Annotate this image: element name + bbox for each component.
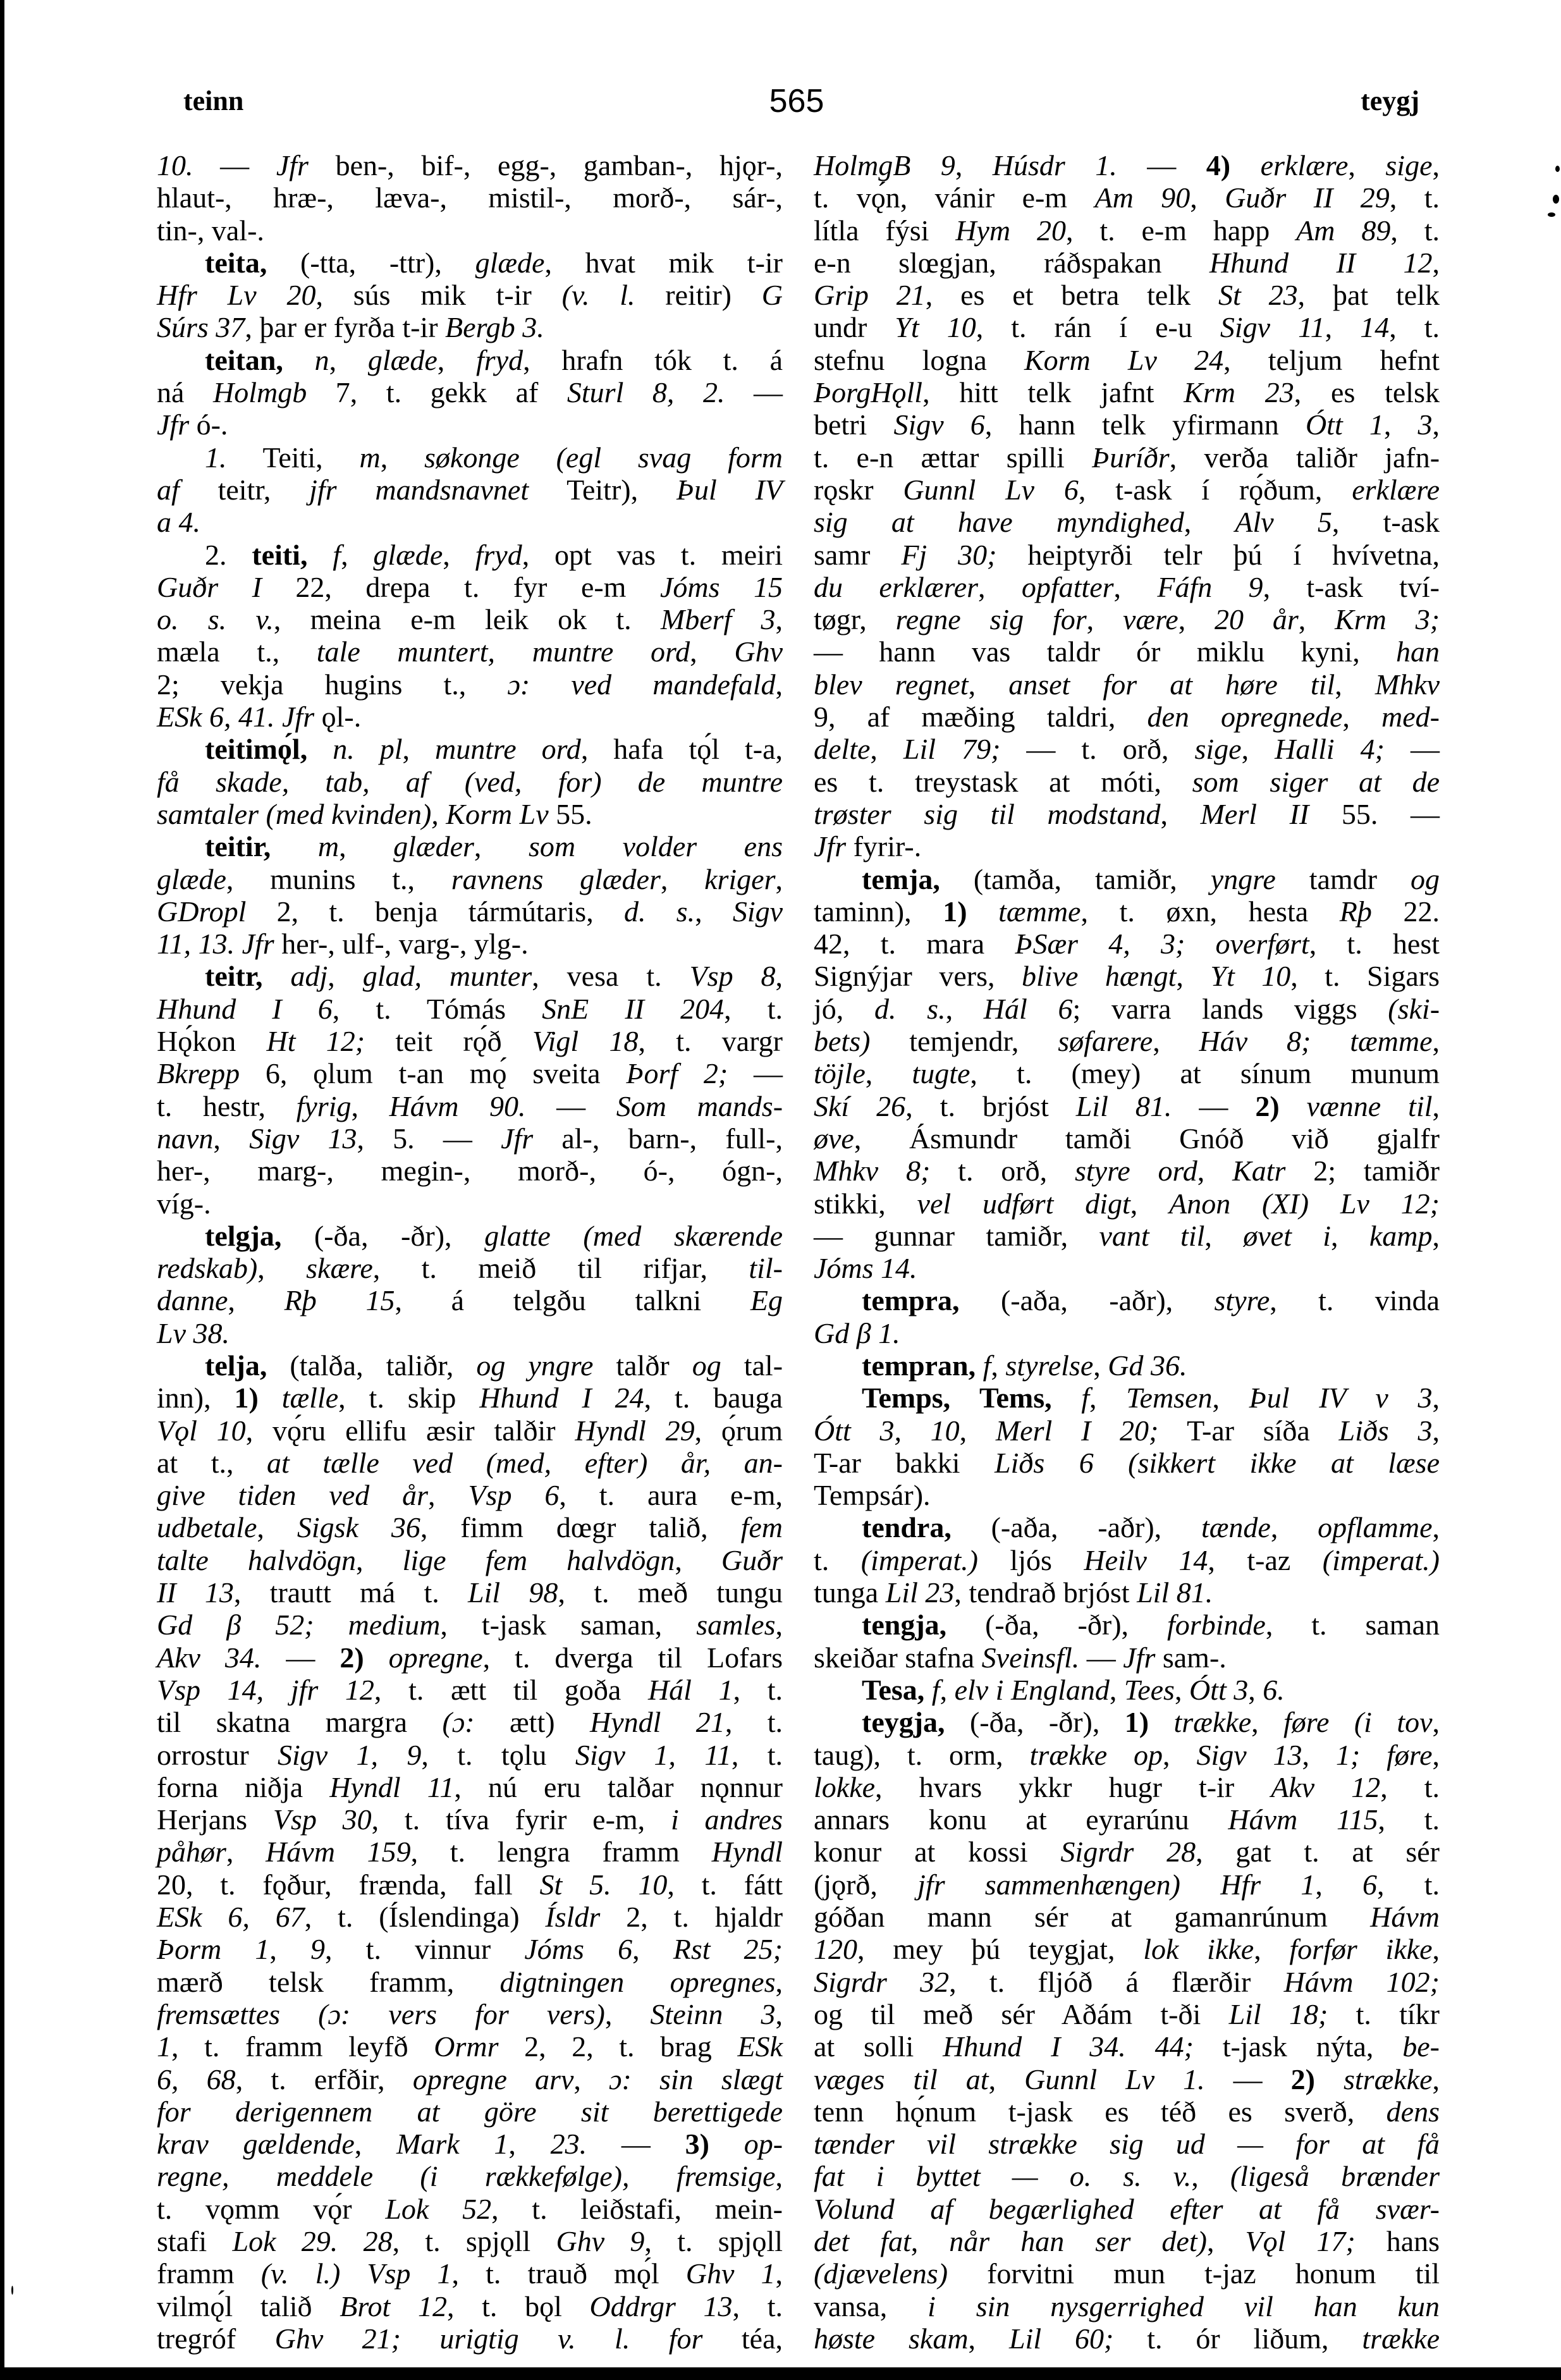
italic-gloss: be-	[1402, 2030, 1440, 2063]
italic-gloss: når han ser det)	[949, 2225, 1207, 2257]
text-run: , t. bauga	[644, 1382, 783, 1414]
text-run: ,	[1433, 1414, 1440, 1447]
text-run: , t. dverga til Lofars	[483, 1641, 783, 1674]
text-run: , t. rán í e-u	[976, 311, 1220, 343]
dictionary-line: teita, (-tta, -ttr), glæde, hvat mik t-i…	[157, 247, 783, 279]
dictionary-line: temja, (tamða, tamiðr, yngre tamdr og	[814, 863, 1440, 895]
italic-gloss: få skade, tab, af (ved, for) de muntre	[157, 766, 783, 798]
text-run: t. e-n ættar spilli	[814, 441, 1092, 474]
text-run: ,	[969, 668, 1009, 701]
italic-gloss: kriger	[704, 863, 775, 895]
italic-gloss: töjle	[814, 1057, 866, 1089]
italic-gloss: Vsp 6	[468, 1479, 559, 1511]
dictionary-line: taminn), 1) tæmme, t. øxn, hesta Rþ 22.	[814, 895, 1440, 928]
italic-gloss: Vigl 18	[532, 1025, 639, 1057]
italic-gloss: erklære	[1352, 474, 1440, 506]
text-run: ,	[632, 1933, 673, 1965]
headword: 1)	[943, 895, 967, 928]
italic-gloss: blive hængt	[1022, 960, 1176, 992]
text-run: stefnu logna	[814, 344, 1024, 376]
text-run: Hǫ́kon	[157, 1025, 266, 1057]
dictionary-line: tenn hǫ́num t-jask es téð es sverð, dens	[814, 2095, 1440, 2128]
italic-gloss: Akv 12	[1271, 1771, 1380, 1803]
text-run: betri	[814, 408, 893, 441]
text-run: , t.	[1378, 1803, 1440, 1836]
text-run: góðan mann sér at gamanrúnum	[814, 1901, 1370, 1933]
text-run: , t.	[1390, 181, 1440, 214]
dictionary-line: Jfr ó-.	[157, 408, 783, 441]
text-run: t.	[814, 1544, 861, 1576]
text-run: ,	[1433, 1706, 1440, 1738]
text-run: tin-, val-.	[157, 214, 264, 247]
text-run	[1280, 1090, 1307, 1122]
italic-gloss: 6.	[1263, 1674, 1285, 1706]
text-run: , es telsk	[1294, 376, 1440, 408]
italic-gloss: 14	[1360, 311, 1389, 343]
scan-left-edge	[0, 0, 4, 2380]
text-run: —	[587, 2128, 685, 2160]
text-run: ,	[1175, 1674, 1189, 1706]
italic-gloss: jfr 12	[291, 1674, 374, 1706]
text-run: , tendrað brjóst	[954, 1576, 1137, 1609]
italic-gloss: Brot 12	[340, 2290, 447, 2322]
italic-gloss: Jfr	[1123, 1641, 1155, 1674]
text-run: ,	[946, 993, 984, 1025]
text-run: , t. øxn, hesta	[1080, 895, 1339, 928]
italic-gloss: Húsdr 1.	[993, 149, 1117, 181]
dictionary-line: Lv 38.	[157, 1317, 783, 1349]
dictionary-column-right: HolmgB 9, Húsdr 1. — 4) erklære, sige,t.…	[814, 149, 1440, 2355]
dictionary-line: Hǫ́kon Ht 12; teit rǫ́ð Vigl 18, t. varg…	[157, 1025, 783, 1057]
text-run: (jǫrð,	[814, 1868, 917, 1901]
dictionary-line: 1. Teiti, m, søkonge (egl svag form	[157, 441, 783, 474]
text-run: ,	[1204, 1220, 1243, 1252]
text-run: ,	[911, 2225, 950, 2257]
text-run	[275, 701, 283, 733]
italic-gloss: fremsættes (ɔ: vers for vers)	[157, 1998, 605, 2030]
text-run: ,	[226, 1836, 266, 1868]
text-run: stikki,	[814, 1187, 917, 1220]
italic-gloss: ravnens glæder	[451, 863, 661, 895]
text-run: ,	[776, 603, 783, 635]
text-run: (-ða, -ðr),	[946, 1609, 1167, 1641]
italic-gloss: Ísldr	[545, 1901, 600, 1933]
dictionary-line: til skatna margra (ɔ: ætt) Hyndl 21, t.	[157, 1706, 783, 1738]
text-run: , t-ask	[1332, 506, 1440, 538]
italic-gloss: regne sig for	[896, 603, 1087, 635]
text-run: ,	[356, 1544, 403, 1576]
text-run: ,	[1130, 1187, 1169, 1220]
dictionary-line: stefnu logna Korm Lv 24, teljum hefnt	[814, 344, 1440, 376]
dictionary-line: krav gældende, Mark 1, 23. — 3) op-	[157, 2128, 783, 2160]
italic-gloss: Hávm 159	[266, 1836, 411, 1868]
text-run	[271, 830, 318, 862]
text-run	[709, 2128, 744, 2160]
text-run: e-n slœgjan, ráðspakan	[814, 247, 1209, 279]
text-run: ,	[940, 1674, 955, 1706]
italic-gloss: opflamme	[1318, 1511, 1432, 1543]
italic-gloss: 120	[814, 1933, 857, 1965]
text-run	[967, 895, 999, 928]
italic-gloss: Oddrgr 13	[590, 2290, 733, 2322]
dictionary-line: tempran, f, styrelse, Gd 36.	[814, 1349, 1440, 1382]
dictionary-line: lítla fýsi Hym 20, t. e-m happ Am 89, t.	[814, 214, 1440, 247]
dictionary-line: t. e-n ættar spilli Þuríðr, verða taliðr…	[814, 441, 1440, 474]
text-run: ,	[1110, 1674, 1124, 1706]
text-run: , t. vinnur	[325, 1933, 524, 1965]
text-run: (talða, taliðr,	[267, 1349, 476, 1382]
text-run: —	[1079, 1641, 1123, 1674]
dictionary-line: GDropl 2, t. benja tármútaris, d. s., Si…	[157, 895, 783, 928]
italic-gloss: Jóms 15	[660, 571, 783, 603]
italic-gloss: f	[1081, 1382, 1089, 1414]
italic-gloss: Heilv 14	[1084, 1544, 1208, 1576]
text-run: , meina e-m leik ok t.	[274, 603, 661, 635]
italic-gloss: glæde	[368, 344, 438, 376]
dictionary-line: 2. teiti, f, glæde, fryd, opt vas t. mei…	[157, 539, 783, 571]
text-run	[307, 539, 333, 571]
italic-gloss: søfarere	[1058, 1025, 1153, 1057]
text-run: konur at kossi	[814, 1836, 1060, 1868]
dictionary-line: navn, Sigv 13, 5. — Jfr al-, barn-, full…	[157, 1122, 783, 1155]
text-run: ,	[381, 441, 424, 474]
italic-gloss: tænder vil strække sig ud — for at få	[814, 2128, 1440, 2160]
dictionary-line: — hann vas taldr ór miklu kyni, han	[814, 635, 1440, 668]
italic-gloss: bets)	[814, 1025, 870, 1057]
headword: telgja,	[205, 1220, 281, 1252]
text-run: víg-.	[157, 1187, 211, 1220]
text-run: framm	[157, 2257, 261, 2290]
headword: teitr,	[205, 960, 263, 992]
italic-gloss: sige	[1385, 149, 1432, 181]
text-run: —	[1205, 2063, 1291, 2095]
text-run: ,	[438, 344, 476, 376]
dictionary-line: ESk 6, 67, t. (Íslendinga) Ísldr 2, t. h…	[157, 1901, 783, 1933]
italic-gloss: 1.	[205, 441, 227, 474]
italic-gloss: krav gældende	[157, 2128, 355, 2160]
italic-gloss: væges til at	[814, 2063, 989, 2095]
dictionary-line: og til með sér Aðám t-ði Lil 18; t. tíkr	[814, 1998, 1440, 2030]
text-run: , t. með tungu	[558, 1576, 783, 1609]
text-run: ,	[1163, 1739, 1196, 1771]
text-run: —	[1172, 1090, 1255, 1122]
text-run: , fimm dœgr talið,	[420, 1511, 741, 1543]
text-run: ,	[341, 539, 373, 571]
text-run: ǫl-.	[314, 701, 361, 733]
italic-gloss: digtningen opregnes	[500, 1966, 776, 1998]
dictionary-line: teitr, adj, glad, munter, vesa t. Vsp 8,	[157, 960, 783, 992]
italic-gloss: n. pl	[333, 733, 402, 765]
dictionary-line: stikki, vel udført digt, Anon (XI) Lv 12…	[814, 1187, 1440, 1220]
text-run: T-ar síða	[1158, 1414, 1338, 1447]
dictionary-line: teitan, n, glæde, fryd, hrafn tók t. á	[157, 344, 783, 376]
italic-gloss: (imperat.)	[1323, 1544, 1440, 1576]
italic-gloss: tænde	[1201, 1511, 1271, 1543]
text-run: ,	[1190, 181, 1225, 214]
text-run: ,	[573, 2063, 609, 2095]
text-run: tunga	[814, 1576, 886, 1609]
dictionary-line: Jfr fyrir-.	[814, 830, 1440, 862]
text-run: , t. fátt	[667, 1868, 783, 1901]
italic-gloss: glatte (med skærende	[484, 1220, 783, 1252]
italic-gloss: Jóms 6	[524, 1933, 632, 1965]
italic-gloss: og yngre	[476, 1349, 593, 1382]
italic-gloss: fryd	[476, 344, 523, 376]
text-run: téa,	[702, 2322, 783, 2355]
text-run: 2, t. hjaldr	[600, 1901, 783, 1933]
text-run: ,	[1254, 1933, 1289, 1965]
text-run: , t. trauð mǫ́l	[451, 2257, 685, 2290]
dictionary-line: a 4.	[157, 506, 783, 538]
italic-gloss: ÞSær 4, 3; overført	[1015, 928, 1309, 960]
text-run: ,	[1248, 1674, 1263, 1706]
dictionary-line: es t. treystask at móti, som siger at de	[814, 766, 1440, 798]
dictionary-line: hlaut-, hræ-, læva-, mistil-, morð-, sár…	[157, 181, 783, 214]
italic-gloss: trække	[1362, 2322, 1440, 2355]
text-run: vansa,	[814, 2290, 927, 2322]
text-run: 7, t. gekk af	[307, 376, 567, 408]
text-run: t-jask nýta,	[1194, 2030, 1402, 2063]
text-run: til skatna margra	[157, 1706, 443, 1738]
text-run: , hvars ykkr hugr t-ir	[875, 1771, 1271, 1803]
text-run: 2, t. benja tármútaris,	[246, 895, 624, 928]
text-run: Teitr),	[529, 474, 676, 506]
dictionary-line: töjle, tugte, t. (mey) at sínum munum	[814, 1057, 1440, 1089]
dictionary-line: tendra, (-aða, -aðr), tænde, opflamme,	[814, 1511, 1440, 1543]
headword: teita,	[205, 247, 267, 279]
italic-gloss: n	[315, 344, 329, 376]
dictionary-line: Bkrepp 6, ǫlum t-an mǫ́ sveita Þorf 2; —	[157, 1057, 783, 1089]
dictionary-line: Grip 21, es et betra telk St 23, þat tel…	[814, 279, 1440, 311]
text-run	[317, 1284, 366, 1316]
text-run: 22, drepa t. fyr e-m	[262, 571, 660, 603]
text-run: , t.	[733, 1674, 783, 1706]
text-run: , hrafn tók t. á	[523, 344, 783, 376]
italic-gloss: Sigv 6	[893, 408, 984, 441]
text-run: 2, 2, t. brag	[499, 2030, 738, 2063]
italic-gloss: Hhund II 12	[1209, 247, 1433, 279]
dictionary-line: få skade, tab, af (ved, for) de muntre	[157, 766, 783, 798]
text-run: annars konu at eyrarúnu	[814, 1803, 1228, 1836]
text-run: taminn),	[814, 895, 943, 928]
italic-gloss: Sigv 1, 9	[278, 1739, 421, 1771]
italic-gloss: Jóms 14.	[814, 1252, 917, 1284]
text-run: undr	[814, 311, 895, 343]
italic-gloss: Hál 6	[984, 993, 1073, 1025]
text-run: t. tíkr	[1328, 1998, 1440, 2030]
italic-gloss: Ghv 1	[686, 2257, 776, 2290]
italic-gloss: Lok 52	[385, 2193, 491, 2225]
headword: 2)	[340, 1641, 364, 1674]
text-run: , t. framm leyfð	[171, 2030, 434, 2063]
dictionary-line: 9, af mæðing taldri, den opregnede, med-	[814, 701, 1440, 733]
text-run: (-aða, -aðr),	[960, 1284, 1215, 1316]
headword: 1)	[1125, 1706, 1149, 1738]
italic-gloss: Þuríðr	[1092, 441, 1170, 474]
italic-gloss: II 13	[157, 1576, 234, 1609]
dictionary-column-left: 10. — Jfr ben-, bif-, egg-, gamban-, hjǫ…	[157, 149, 783, 2355]
italic-gloss: 9	[310, 1933, 325, 1965]
italic-gloss: med-	[1381, 701, 1440, 733]
dictionary-line: betri Sigv 6, hann telk yfirmann Ótt 1, …	[814, 408, 1440, 441]
text-run: , t.	[732, 1739, 783, 1771]
italic-gloss: Yt 10	[895, 311, 976, 343]
italic-gloss: blev regnet	[814, 668, 969, 701]
italic-gloss: Þul IV	[676, 474, 783, 506]
text-run: ,	[776, 863, 783, 895]
italic-gloss: Krm 3;	[1335, 603, 1440, 635]
italic-gloss: Fj 30;	[901, 539, 996, 571]
dictionary-line: Tempsár).	[814, 1479, 1440, 1511]
text-run: , Ásmundr tamði Gnóð við gjalfr	[854, 1122, 1440, 1155]
text-run: ,	[1114, 571, 1158, 603]
dictionary-line: konur at kossi Sigrdr 28, gat t. at sér	[814, 1836, 1440, 1868]
text-run: ,	[690, 635, 734, 668]
text-run: , þat telk	[1298, 279, 1440, 311]
dictionary-line: teitir, m, glæder, som volder ens	[157, 830, 783, 862]
italic-gloss: 23.	[551, 2128, 587, 2160]
italic-gloss: give tiden ved år	[157, 1479, 428, 1511]
italic-gloss: Mberf 3	[661, 603, 776, 635]
text-run: forna niðja	[157, 1771, 329, 1803]
text-run: samr	[814, 539, 901, 571]
italic-gloss: Lil 23	[886, 1576, 955, 1609]
text-run: mæla t.,	[157, 635, 317, 668]
text-run: 55. —	[1309, 798, 1440, 830]
italic-gloss: elv i England	[955, 1674, 1110, 1706]
text-run: ,	[1302, 1739, 1336, 1771]
headword: teitir,	[205, 830, 271, 862]
headword: 1)	[234, 1382, 258, 1414]
italic-gloss: Sturl 8, 2.	[567, 376, 725, 408]
italic-gloss: Akv 34.	[157, 1641, 261, 1674]
italic-gloss: Gd β 1.	[814, 1317, 900, 1349]
text-run: Tempsár).	[814, 1479, 931, 1511]
text-run: ná	[157, 376, 213, 408]
headword: tengja,	[862, 1609, 946, 1641]
text-run: ,	[1093, 1349, 1108, 1382]
italic-gloss: den opregnede	[1147, 701, 1342, 733]
headword: tempra,	[862, 1284, 960, 1316]
text-run: ,	[1191, 2160, 1230, 2192]
italic-gloss: Vsp 30	[273, 1803, 372, 1836]
dictionary-line: telgja, (-ða, -ðr), glatte (med skærende	[157, 1220, 783, 1252]
italic-gloss: trøster sig til modstand	[814, 798, 1160, 830]
dictionary-line: 11, 13. Jfr her-, ulf-, varg-, ylg-.	[157, 928, 783, 960]
text-run: ,	[213, 1122, 249, 1155]
text-run: , t. bǫl	[447, 2290, 590, 2322]
italic-gloss: d. s.	[874, 993, 946, 1025]
dictionary-line: t. vǫ́n, vánir e-m Am 90, Guðr II 29, t.	[814, 181, 1440, 214]
italic-gloss: Mhkv	[1375, 668, 1440, 701]
italic-gloss: SnE II 204	[542, 993, 724, 1025]
italic-gloss: tælle	[282, 1382, 338, 1414]
italic-gloss: forfør ikke	[1289, 1933, 1432, 1965]
italic-gloss: (ligeså brænder	[1230, 2160, 1440, 2192]
text-run: , t.	[1377, 1868, 1440, 1901]
italic-gloss: opregne arv	[413, 2063, 574, 2095]
text-run: , t.	[1389, 311, 1440, 343]
text-run: ,	[403, 733, 436, 765]
dictionary-line: T-ar bakki Liðs 6 (sikkert ikke at læse	[814, 1447, 1440, 1479]
italic-gloss: Holmgb	[213, 376, 307, 408]
dictionary-line: telja, (talða, taliðr, og yngre talðr og…	[157, 1349, 783, 1382]
text-run: ,	[605, 1998, 651, 2030]
text-run: , t. meið til rifjar,	[373, 1252, 749, 1284]
text-run: — t. orð,	[1000, 733, 1194, 765]
italic-gloss: (v. l.) Vsp 1	[261, 2257, 452, 2290]
italic-gloss: 6	[1362, 1868, 1377, 1901]
text-run: ,	[1299, 603, 1335, 635]
text-run: 42, t. mara	[814, 928, 1015, 960]
italic-gloss: HolmgB 9	[814, 149, 955, 181]
italic-gloss: lokke	[814, 1771, 875, 1803]
headword: teitan,	[205, 344, 283, 376]
italic-gloss: Lil 81.	[1137, 1576, 1213, 1609]
dictionary-line: du erklærer, opfatter, Fáfn 9, t-ask tví…	[814, 571, 1440, 603]
italic-gloss: Þul IV v 3	[1249, 1382, 1433, 1414]
italic-gloss: trække op	[1030, 1739, 1163, 1771]
italic-gloss: Liðs 6 (sikkert ikke at læse	[995, 1447, 1440, 1479]
text-run: ,	[960, 1414, 996, 1447]
text-run: tal-	[721, 1349, 783, 1382]
dictionary-line: Gd β 1.	[814, 1317, 1440, 1349]
text-run: ,	[355, 2128, 396, 2160]
text-run: , t-ask í rǫ́ðum,	[1079, 474, 1352, 506]
text-run: hans	[1356, 2225, 1440, 2257]
text-run: (-tta, -ttr),	[267, 247, 475, 279]
text-run: ,	[776, 1966, 783, 1998]
dictionary-line: trøster sig til modstand, Merl II 55. —	[814, 798, 1440, 830]
italic-gloss: føre (i tov	[1283, 1706, 1432, 1738]
italic-gloss: Jfr	[242, 928, 274, 960]
text-run: ,	[428, 1479, 468, 1511]
italic-gloss: Jfr	[157, 408, 189, 441]
italic-gloss: Hávm 90.	[389, 1090, 526, 1122]
italic-gloss: Hfr Lv 20	[157, 279, 315, 311]
italic-gloss: i sin nysgerrighed vil han kun	[927, 2290, 1440, 2322]
text-run: ,	[991, 1349, 1005, 1382]
italic-gloss: adj	[290, 960, 328, 992]
text-run: ,	[1433, 1382, 1440, 1414]
dictionary-line: give tiden ved år, Vsp 6, t. aura e-m,	[157, 1479, 783, 1511]
text-run: ,	[1184, 506, 1235, 538]
italic-gloss: Hyndl 29	[575, 1414, 694, 1447]
italic-gloss: yngre	[1211, 863, 1276, 895]
dictionary-line: tin-, val-.	[157, 214, 783, 247]
text-run: her-, ulf-, varg-, ylg-.	[274, 928, 529, 960]
italic-gloss: (ɔ:	[443, 1706, 475, 1738]
italic-gloss: påhør	[157, 1836, 226, 1868]
italic-gloss: høste skam	[814, 2322, 969, 2355]
headword: teiti,	[252, 539, 307, 571]
dictionary-line: her-, marg-, megin-, morð-, ó-, ógn-,	[157, 1155, 783, 1187]
italic-gloss: regne, meddele (i rækkefølge), fremsige	[157, 2160, 776, 2192]
text-run: —	[526, 1090, 616, 1122]
italic-gloss: ESk	[737, 2030, 783, 2063]
dictionary-line: delte, Lil 79; — t. orð, sige, Halli 4; …	[814, 733, 1440, 765]
dictionary-line: regne, meddele (i rækkefølge), fremsige,	[157, 2160, 783, 2192]
dictionary-line: Signýjar vers, blive hængt, Yt 10, t. Si…	[814, 960, 1440, 992]
text-run: ,	[776, 2257, 783, 2290]
text-run: ,	[1089, 1382, 1126, 1414]
italic-gloss: Grip 21	[814, 279, 926, 311]
text-run: ,	[1197, 1155, 1232, 1187]
italic-gloss: Hávm 102;	[1284, 1966, 1440, 1998]
text-run: (tamða, tamiðr,	[940, 863, 1211, 895]
italic-gloss: Sigv 13	[249, 1122, 357, 1155]
dictionary-line: t. hestr, fyrig, Hávm 90. — Som mands-	[157, 1090, 783, 1122]
